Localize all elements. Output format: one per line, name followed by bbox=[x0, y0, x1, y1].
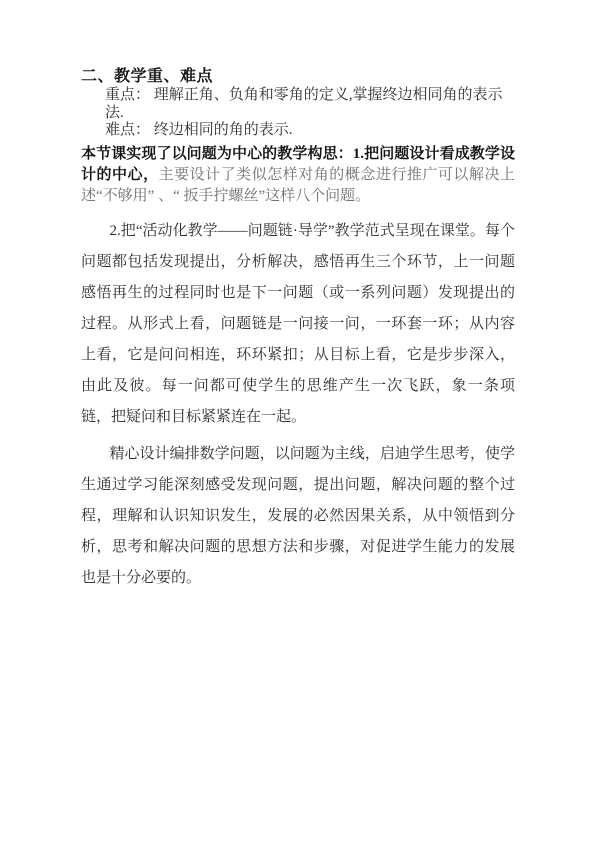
section-heading: 二、教学重、难点 bbox=[81, 66, 515, 87]
key-point-line: 重点： 理解正角、负角和零角的定义,掌握终边相同角的表示法. bbox=[81, 87, 515, 122]
paragraph-design-center: 本节课实现了以问题为中心的教学构思：1.把问题设计看成教学设计的中心，主要设计了… bbox=[81, 144, 515, 207]
difficult-point-line: 难点： 终边相同的角的表示. bbox=[81, 122, 515, 140]
document-page: 二、教学重、难点 重点： 理解正角、负角和零角的定义,掌握终边相同角的表示法. … bbox=[0, 0, 595, 842]
paragraph-careful-design: 精心设计编排数学问题，以问题为主线，启迪学生思考，使学生通过学习能深刻感受发现问… bbox=[81, 439, 515, 594]
document-content: 二、教学重、难点 重点： 理解正角、负角和零角的定义,掌握终边相同角的表示法. … bbox=[81, 66, 515, 594]
paragraph-problem-chain: 2.把“活动化教学——问题链·导学”教学范式呈现在课堂。每个问题都包括发现提出，… bbox=[81, 216, 515, 433]
